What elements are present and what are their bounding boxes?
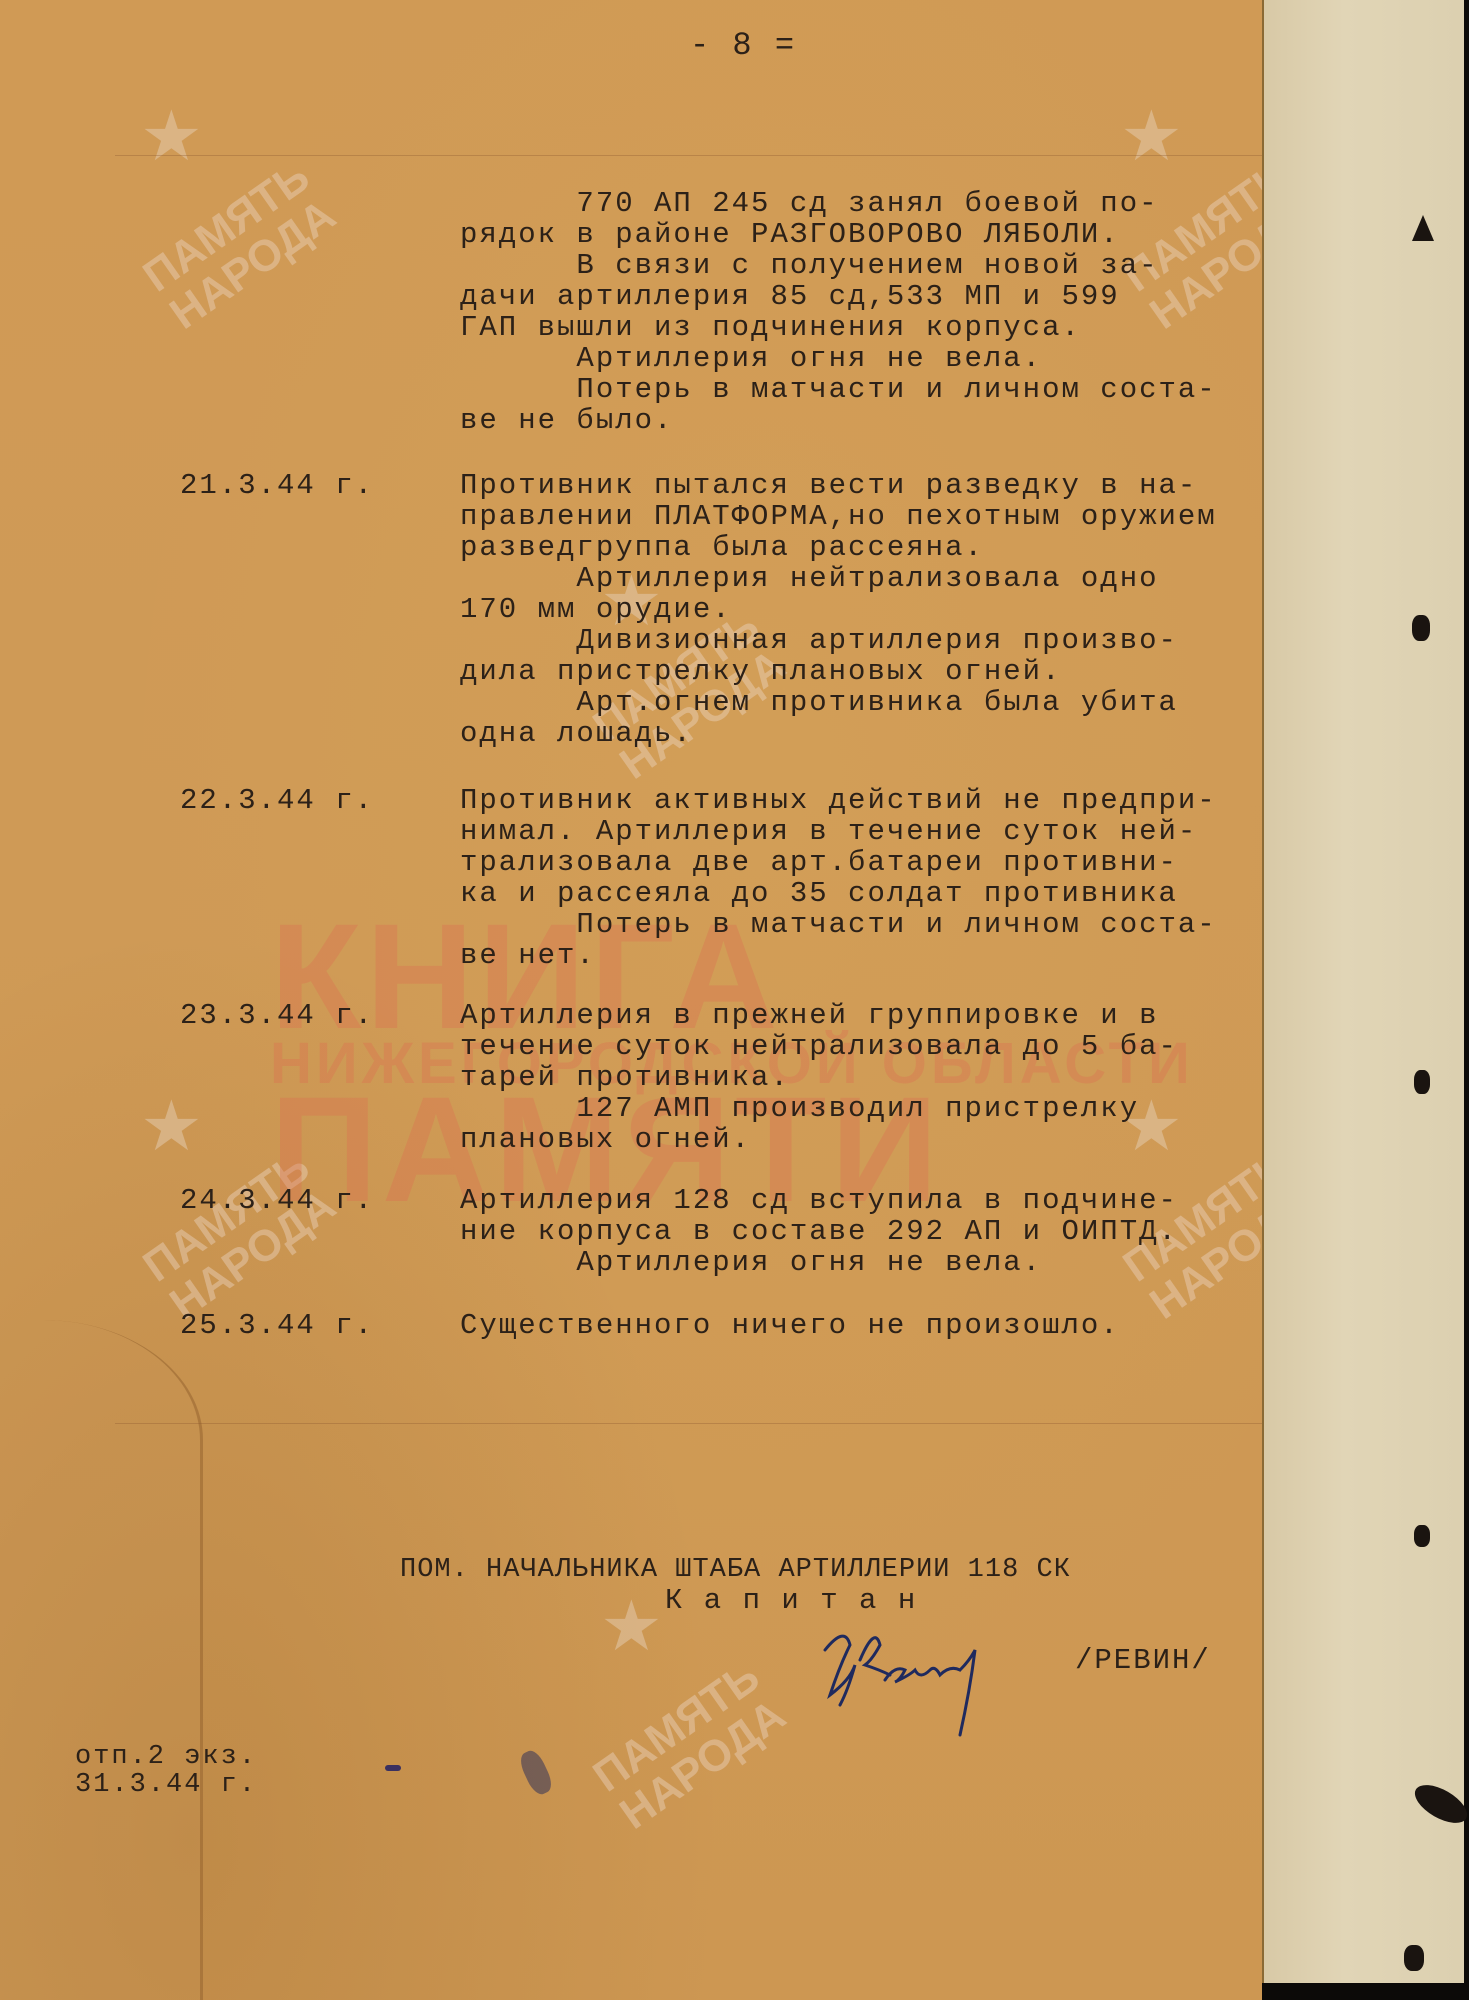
star-watermark-icon: ★ bbox=[1120, 95, 1183, 177]
star-watermark-icon: ★ bbox=[600, 1585, 663, 1667]
ruled-line bbox=[115, 155, 1265, 156]
binding-hole bbox=[1414, 1070, 1430, 1094]
entry-line: Артиллерия в прежней группировке и в bbox=[460, 1000, 1159, 1031]
entry-line: Потерь в матчасти и личном соста- bbox=[460, 909, 1217, 940]
intro-line: ве не было. bbox=[460, 405, 673, 436]
signatory-title: ПОМ. НАЧАЛЬНИКА ШТАБА АРТИЛЛЕРИИ 118 СК bbox=[400, 1555, 1071, 1586]
entry-date: 21.3.44 г. bbox=[180, 470, 374, 501]
entry-line: Арт.огнем противника была убита bbox=[460, 687, 1178, 718]
entry-line: ка и рассеяла до 35 солдат противника bbox=[460, 878, 1178, 909]
entry-line: 127 АМП производил пристрелку bbox=[460, 1093, 1139, 1124]
page-number: - 8 = bbox=[690, 30, 796, 61]
water-stain bbox=[0, 1320, 203, 2000]
intro-line: В связи с получением новой за- bbox=[460, 250, 1159, 281]
star-watermark-icon: ★ bbox=[140, 95, 203, 177]
binding-hole bbox=[1404, 1945, 1424, 1971]
entry-line: разведгруппа была рассеяна. bbox=[460, 532, 984, 563]
watermark-pamyat-naroda: ПАМЯТЬ НАРОДА bbox=[557, 1634, 823, 1859]
entry-line: правлении ПЛАТФОРМА,но пехотным оружием bbox=[460, 501, 1217, 532]
star-watermark-icon: ★ bbox=[140, 1085, 203, 1167]
entry-line: Артиллерия нейтрализовала одно bbox=[460, 563, 1159, 594]
entry-line: тарей противника. bbox=[460, 1062, 790, 1093]
entry-line: Существенного ничего не произошло. bbox=[460, 1310, 1120, 1341]
intro-line: дачи артиллерия 85 сд,533 МП и 599 bbox=[460, 281, 1120, 312]
copies-note: отп.2 экз. bbox=[75, 1742, 257, 1773]
ink-mark bbox=[385, 1765, 401, 1771]
intro-line: Потерь в матчасти и личном соста- bbox=[460, 374, 1217, 405]
entry-line: одна лошадь. bbox=[460, 718, 693, 749]
binding-strip bbox=[1262, 0, 1464, 1983]
entry-date: 25.3.44 г. bbox=[180, 1310, 374, 1341]
binding-hole bbox=[1412, 615, 1430, 641]
document-page: ★ ПАМЯТЬ НАРОДА ★ ПАМЯТЬ НАРОДА ★ ПАМЯТЬ… bbox=[0, 0, 1262, 2000]
entry-line: ве нет. bbox=[460, 940, 596, 971]
handwritten-signature bbox=[820, 1620, 990, 1740]
binding-hole bbox=[1412, 215, 1434, 241]
footer-date: 31.3.44 г. bbox=[75, 1770, 257, 1801]
intro-line: рядок в районе РАЗГОВОРОВО ЛЯБОЛИ. bbox=[460, 219, 1120, 250]
ink-blot bbox=[517, 1747, 556, 1797]
entry-line: Артиллерия огня не вела. bbox=[460, 1247, 1042, 1278]
entry-date: 24.3.44 г. bbox=[180, 1185, 374, 1216]
signatory-name: /РЕВИН/ bbox=[1075, 1645, 1211, 1676]
entry-line: 170 мм орудие. bbox=[460, 594, 732, 625]
intro-line: 770 АП 245 сд занял боевой по- bbox=[460, 188, 1159, 219]
binding-hole bbox=[1409, 1777, 1469, 1830]
entry-line: Артиллерия 128 сд вступила в подчине- bbox=[460, 1185, 1178, 1216]
ruled-line bbox=[115, 1423, 1265, 1424]
entry-line: Дивизионная артиллерия произво- bbox=[460, 625, 1178, 656]
intro-line: Артиллерия огня не вела. bbox=[460, 343, 1042, 374]
entry-line: Противник пытался вести разведку в на- bbox=[460, 470, 1197, 501]
entry-line: ние корпуса в составе 292 АП и ОИПТД. bbox=[460, 1216, 1178, 1247]
entry-line: нимал. Артиллерия в течение суток ней- bbox=[460, 816, 1197, 847]
binding-hole bbox=[1414, 1525, 1430, 1547]
entry-date: 23.3.44 г. bbox=[180, 1000, 374, 1031]
entry-line: дила пристрелку плановых огней. bbox=[460, 656, 1062, 687]
entry-line: Противник активных действий не предпри- bbox=[460, 785, 1217, 816]
entry-line: течение суток нейтрализовала до 5 ба- bbox=[460, 1031, 1178, 1062]
entry-line: плановых огней. bbox=[460, 1124, 751, 1155]
signatory-rank: К а п и т а н bbox=[665, 1585, 917, 1616]
entry-date: 22.3.44 г. bbox=[180, 785, 374, 816]
intro-line: ГАП вышли из подчинения корпуса. bbox=[460, 312, 1081, 343]
entry-line: трализовала две арт.батареи противни- bbox=[460, 847, 1178, 878]
